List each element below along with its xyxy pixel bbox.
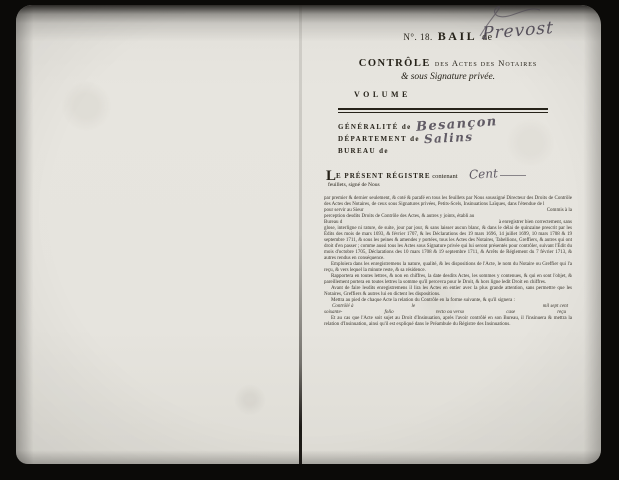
page-fold-line xyxy=(299,5,302,464)
book-page: N°. 18. BAIL de Prevost CONTRÔLE des Act… xyxy=(16,5,601,464)
scan-viewport: { "document": { "colors": { "background"… xyxy=(0,0,619,480)
admin-block: GÉNÉRALITÉ de Besançon DÉPARTEMENT de Sa… xyxy=(338,123,572,159)
printed-body: par premier & dernier seulement, & coté … xyxy=(324,196,572,328)
commis-a-la: Commis à la xyxy=(547,208,572,214)
blank-left-leaf xyxy=(16,5,299,464)
paragraph-5: Avant de faire lesdits enregistremens il… xyxy=(324,286,572,298)
subtitle-notaires: des Actes des Notaires xyxy=(435,58,537,68)
generalite-label: GÉNÉRALITÉ de xyxy=(338,123,412,131)
paragraph-2-rest: glose, interligne ni rature, de suite, j… xyxy=(324,226,572,262)
register-number: N°. 18. xyxy=(403,32,432,42)
register-statement: LE PRÉSENT RÉGISTRE contenant Cent feuil… xyxy=(326,167,572,188)
header-subtitle: CONTRÔLE des Actes des Notaires xyxy=(324,53,572,71)
title-bail: BAIL xyxy=(438,29,477,44)
subtitle-controle: CONTRÔLE xyxy=(359,58,431,69)
header-title-row: N°. 18. BAIL de Prevost xyxy=(324,29,572,44)
register-note: feuillets, signé de Nous xyxy=(328,182,572,188)
folio-count-handwritten: Cent xyxy=(469,166,499,181)
paragraph-7: Et au cas que l'Acte soit sujet au Droit… xyxy=(324,316,572,328)
departement-handwritten-value: Salins xyxy=(424,130,474,147)
bureau-row: BUREAU de xyxy=(338,147,572,159)
paragraph-4: Rapportera en toutes lettres, & non en c… xyxy=(324,274,572,286)
bureau-label: BUREAU de xyxy=(338,147,389,155)
printed-column: N°. 18. BAIL de Prevost CONTRÔLE des Act… xyxy=(324,29,572,328)
volume-label: VOLUME xyxy=(354,90,572,99)
pen-flourish-icon xyxy=(474,3,544,37)
paragraph-1: par premier & dernier seulement, & coté … xyxy=(324,196,572,208)
register-contenant: contenant xyxy=(432,173,457,180)
header-double-rule xyxy=(338,108,548,113)
pen-dash xyxy=(500,175,526,176)
subtitle-signature-privee: & sous Signature privée. xyxy=(324,72,572,82)
register-caps: E PRÉSENT RÉGISTRE xyxy=(336,172,431,180)
departement-label: DÉPARTEMENT de xyxy=(338,135,420,143)
controle-formula: Contrôlé à le mil sept cent soixante- fo… xyxy=(324,304,572,316)
departement-row: DÉPARTEMENT de Salins xyxy=(338,135,572,147)
paragraph-3: Emploiera dans les enregistremens la nat… xyxy=(324,262,572,274)
formula-le: le xyxy=(412,304,416,310)
